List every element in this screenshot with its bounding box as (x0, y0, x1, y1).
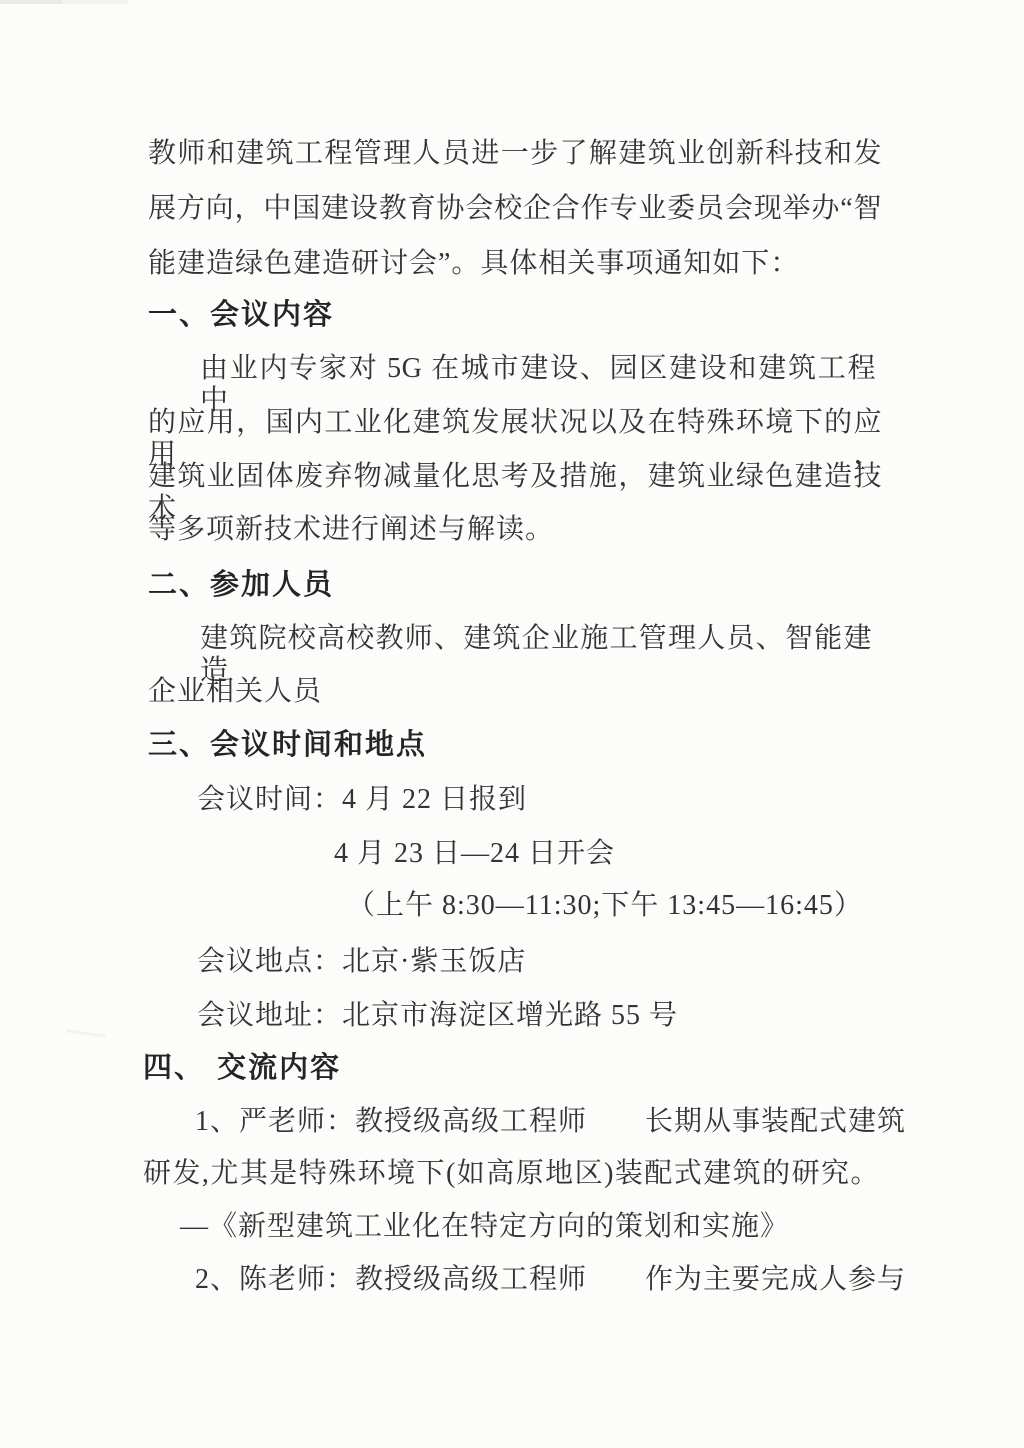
scan-artifact (0, 0, 62, 4)
section-heading: 四、 交流内容 (143, 1051, 341, 1084)
text-line: —《新型建筑工业化在特定方向的策划和实施》 (180, 1211, 789, 1243)
text-line: 等多项新技术进行阐述与解读。 (148, 514, 554, 546)
section-heading: 一、会议内容 (148, 298, 334, 331)
text-line: （上午 8:30—11:30;下午 13:45—16:45） (347, 890, 863, 922)
text-line: 1、严老师：教授级高级工程师 长期从事装配式建筑 (195, 1106, 906, 1138)
text-line: 研发,尤其是特殊环境下(如高原地区)装配式建筑的研究。 (143, 1158, 879, 1190)
text-line: 企业相关人员 (148, 676, 322, 708)
text-line: 展方向，中国建设教育协会校企合作专业委员会现举办“智 (148, 193, 882, 225)
text-line: 会议地址：北京市海淀区增光路 55 号 (197, 1000, 678, 1032)
section-heading: 三、会议时间和地点 (148, 728, 427, 761)
scan-artifact (66, 1029, 106, 1038)
section-heading: 二、参加人员 (148, 568, 334, 601)
text-line: 会议时间：4 月 22 日报到 (197, 784, 527, 816)
text-line: 能建造绿色建造研讨会”。具体相关事项通知如下： (148, 248, 799, 280)
text-line: 4 月 23 日—24 日开会 (334, 838, 615, 870)
document-page: 教师和建筑工程管理人员进一步了解建筑业创新科技和发展方向，中国建设教育协会校企合… (0, 0, 1024, 1448)
text-line: 会议地点：北京·紫玉饭店 (197, 946, 526, 978)
text-line: 2、陈老师：教授级高级工程师 作为主要完成人参与 (195, 1264, 906, 1296)
text-line: 教师和建筑工程管理人员进一步了解建筑业创新科技和发 (148, 138, 882, 170)
